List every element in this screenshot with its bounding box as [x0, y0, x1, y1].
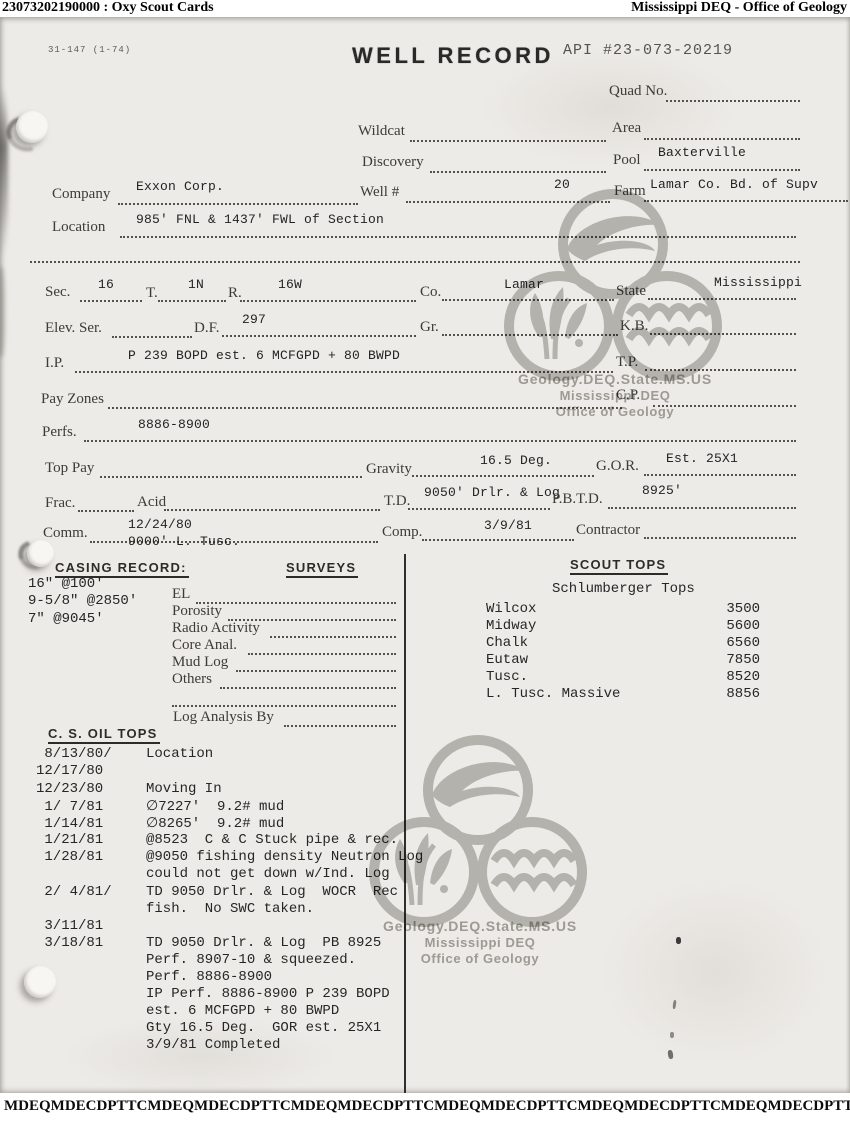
oil-tops-entry: est. 6 MCFGPD + 80 BWPD — [36, 1003, 339, 1019]
oil-tops-entry: 3/11/81 — [36, 918, 146, 934]
dotted-line — [100, 474, 362, 478]
scout-top-row: Chalk 6560 — [486, 635, 760, 651]
dotted-line — [236, 668, 396, 672]
location-value: 985' FNL & 1437' FWL of Section — [136, 212, 384, 227]
dotted-line — [422, 537, 574, 541]
frac-label: Frac. — [45, 495, 75, 512]
farm-label: Farm — [614, 183, 646, 200]
comm-date-value: 12/24/80 — [128, 517, 192, 532]
well-no-value: 20 — [554, 177, 570, 192]
range-value: 16W — [278, 277, 302, 292]
punch-hole — [24, 966, 56, 998]
dotted-line — [80, 298, 142, 302]
survey-item-label: Core Anal. — [172, 637, 237, 654]
dotted-line — [84, 438, 796, 442]
location-label: Location — [52, 219, 105, 236]
td-value: 9050' Drlr. & Log — [424, 485, 560, 500]
surveys-header: SURVEYS — [286, 560, 358, 578]
oil-tops-entry: 1/28/81@9050 fishing density Neutron Log — [36, 849, 423, 865]
sec-label: Sec. — [45, 284, 70, 301]
oil-tops-entry: 2/ 4/81/TD 9050 Drlr. & Log WOCR Rec — [36, 884, 398, 900]
scout-top-row: Tusc. 8520 — [486, 669, 760, 685]
scan-edge-smudge — [0, 267, 5, 357]
formation-name: Wilcox — [486, 601, 536, 617]
area-label: Area — [612, 120, 641, 137]
dotted-line — [645, 367, 796, 371]
watermark-url-text: Geology.DEQ.State.MS.US — [370, 918, 590, 934]
entry-text: Perf. 8907-10 & squeezed. — [146, 952, 356, 968]
formation-depth: 6560 — [726, 635, 760, 651]
scout-top-row: L. Tusc. Massive 8856 — [486, 686, 760, 702]
entry-date: 1/28/81 — [36, 849, 146, 865]
dotted-line — [164, 507, 380, 511]
footer-token: MDECD — [337, 1098, 394, 1115]
pbtd-value: 8925' — [642, 483, 682, 498]
api-number: API #23-073-20219 — [563, 42, 733, 59]
footer-token: MDEQ — [147, 1098, 194, 1115]
gravity-value: 16.5 Deg. — [480, 453, 552, 468]
entry-text: @9050 fishing density Neutron Log — [146, 849, 423, 865]
pay-zones-label: Pay Zones — [41, 391, 104, 408]
footer-token: MDEQ — [721, 1098, 768, 1115]
tp-label: T.P. — [616, 354, 638, 371]
dotted-line — [118, 201, 358, 205]
paper-stain — [600, 877, 830, 1067]
casing-row: 9-5/8" @2850' — [28, 593, 137, 609]
footer-token: MDEQ — [291, 1098, 338, 1115]
footer-bar: MDEQ MDECD PTTC MDEQ MDECD PTTC MDEQ MDE… — [4, 1098, 846, 1115]
dotted-line — [666, 98, 800, 102]
entry-text: TD 9050 Drlr. & Log WOCR Rec — [146, 884, 398, 900]
column-divider-line — [404, 554, 406, 1093]
township-label: T. — [146, 285, 158, 302]
oil-tops-entry: 1/ 7/81∅7227' 9.2# mud — [36, 798, 284, 815]
footer-token: PTTC — [681, 1098, 721, 1115]
formation-depth: 5600 — [726, 618, 760, 634]
entry-text: Perf. 8886-8900 — [146, 969, 272, 985]
dotted-line — [644, 136, 800, 140]
formation-name: L. Tusc. Massive — [486, 686, 620, 702]
survey-item-label: Log Analysis By — [173, 709, 274, 726]
oil-tops-entry: Perf. 8886-8900 — [36, 969, 272, 985]
deq-watermark-logo — [368, 733, 588, 939]
comp-label: Comp. — [382, 524, 422, 541]
formation-depth: 3500 — [726, 601, 760, 617]
dotted-line — [653, 403, 796, 407]
footer-token: MDECD — [624, 1098, 681, 1115]
oil-tops-entry: could not get down w/Ind. Log — [36, 866, 390, 882]
df-value: 297 — [242, 312, 266, 327]
dotted-line — [650, 331, 796, 335]
dotted-line — [644, 535, 796, 539]
casing-row: 16" @100' — [28, 576, 104, 592]
footer-token: PTTC — [394, 1098, 434, 1115]
quad-no-label: Quad No. — [609, 83, 667, 100]
dotted-line — [408, 506, 550, 510]
footer-token: PTTC — [824, 1098, 850, 1115]
dotted-line — [284, 723, 396, 727]
dotted-line — [78, 508, 134, 512]
entry-text: fish. No SWC taken. — [146, 901, 314, 917]
well-no-label: Well # — [360, 184, 399, 201]
ink-speck — [676, 937, 681, 944]
entry-text: could not get down w/Ind. Log — [146, 866, 390, 882]
gravity-label: Gravity — [366, 461, 412, 478]
gr-label: Gr. — [420, 319, 439, 336]
entry-text: Gty 16.5 Deg. GOR est. 25X1 — [146, 1020, 381, 1036]
entry-date: 1/14/81 — [36, 816, 146, 832]
watermark-office-text: Office of Geology — [370, 951, 590, 966]
dotted-line — [120, 234, 796, 238]
dotted-line — [442, 297, 614, 301]
comm-label: Comm. — [43, 525, 88, 542]
dotted-line — [240, 298, 416, 302]
oil-tops-entry: Gty 16.5 Deg. GOR est. 25X1 — [36, 1020, 381, 1036]
dotted-line — [30, 259, 800, 263]
footer-token: MDECD — [767, 1098, 824, 1115]
oil-tops-entry: IP Perf. 8886-8900 P 239 BOPD — [36, 986, 390, 1002]
td-label: T.D. — [384, 493, 410, 510]
dotted-line — [248, 651, 396, 655]
dotted-line — [430, 169, 606, 173]
dotted-line — [112, 334, 192, 338]
form-title: WELL RECORD — [352, 43, 554, 69]
dotted-line — [608, 505, 796, 509]
dotted-line — [410, 138, 606, 142]
entry-text: TD 9050 Drlr. & Log PB 8925 — [146, 935, 381, 951]
footer-token: PTTC — [537, 1098, 577, 1115]
oil-tops-entry: 1/21/81@8523 C & C Stuck pipe & rec. — [36, 832, 398, 848]
entry-text: est. 6 MCFGPD + 80 BWPD — [146, 1003, 339, 1019]
dotted-line — [644, 472, 796, 476]
entry-text: ∅8265' 9.2# mud — [146, 816, 284, 832]
ink-speck — [672, 1000, 676, 1009]
watermark-agency-text: Mississippi DEQ — [505, 388, 725, 403]
pool-label: Pool — [613, 152, 641, 169]
entry-date: 2/ 4/81/ — [36, 884, 146, 900]
oil-tops-entry: fish. No SWC taken. — [36, 901, 314, 917]
survey-item-label: Mud Log — [172, 654, 228, 671]
sec-value: 16 — [98, 277, 114, 292]
footer-token: MDEQ — [4, 1098, 51, 1115]
dotted-line — [158, 298, 226, 302]
dotted-line — [412, 473, 594, 477]
dotted-line — [196, 600, 396, 604]
formation-name: Tusc. — [486, 669, 528, 685]
entry-text: Moving In — [146, 781, 222, 797]
entry-date: 3/18/81 — [36, 935, 146, 951]
scan-edge-smudge — [0, 87, 8, 257]
contractor-label: Contractor — [576, 522, 640, 539]
watermark-agency-text: Mississippi DEQ — [370, 935, 590, 950]
scout-top-row: Eutaw 7850 — [486, 652, 760, 668]
oil-tops-entry: 3/9/81 Completed — [36, 1037, 280, 1053]
oil-tops-entry: 1/14/81∅8265' 9.2# mud — [36, 815, 284, 832]
perfs-label: Perfs. — [42, 424, 77, 441]
ink-speck — [667, 1050, 673, 1060]
formation-name: Chalk — [486, 635, 528, 651]
pool-value: Baxterville — [658, 145, 746, 160]
footer-token: MDECD — [194, 1098, 251, 1115]
acid-label: Acid — [137, 494, 166, 511]
footer-token: MDECD — [481, 1098, 538, 1115]
entry-date: 12/17/80 — [36, 763, 146, 779]
elev-ser-label: Elev. Ser. — [45, 320, 102, 337]
punch-hole — [16, 111, 48, 143]
agency-title-text: Mississippi DEQ - Office of Geology — [631, 0, 847, 16]
kb-label: K.B. — [620, 318, 648, 335]
scout-tops-header: SCOUT TOPS — [570, 557, 668, 575]
dotted-line — [222, 333, 416, 337]
oil-tops-entry: 3/18/81TD 9050 Drlr. & Log PB 8925 — [36, 935, 381, 951]
comm-note-value: 9000' L. Tusc. — [128, 534, 240, 549]
survey-item-label: EL — [172, 586, 190, 603]
pbtd-label: P.B.T.D. — [552, 491, 603, 508]
scanned-card: 31-147 (1-74) WELL RECORD API #23-073-20… — [0, 17, 850, 1093]
ink-speck — [670, 1032, 674, 1038]
casing-row: 7" @9045' — [28, 611, 104, 627]
df-label: D.F. — [194, 320, 219, 337]
ip-label: I.P. — [45, 355, 64, 372]
entry-text: ∅7227' 9.2# mud — [146, 799, 284, 815]
company-value: Exxon Corp. — [136, 179, 224, 194]
cp-label: C.P. — [616, 387, 640, 404]
dotted-line — [644, 167, 800, 171]
footer-token: PTTC — [107, 1098, 147, 1115]
top-pay-label: Top Pay — [45, 460, 94, 477]
dotted-line — [108, 405, 622, 409]
formation-name: Midway — [486, 618, 536, 634]
comp-date-value: 3/9/81 — [484, 518, 532, 533]
ip-value: P 239 BOPD est. 6 MCFGPD + 80 BWPD — [128, 348, 400, 363]
formation-depth: 8520 — [726, 669, 760, 685]
scout-top-row: Midway 5600 — [486, 618, 760, 634]
dotted-line — [220, 685, 396, 689]
footer-token: MDEQ — [434, 1098, 481, 1115]
oil-tops-entry: 12/17/80 — [36, 763, 146, 779]
wildcat-label: Wildcat — [358, 123, 405, 140]
gor-value: Est. 25X1 — [666, 451, 738, 466]
survey-item-label: Porosity — [172, 603, 222, 620]
footer-token: MDEQ — [577, 1098, 624, 1115]
dotted-line — [172, 703, 396, 707]
discovery-label: Discovery — [362, 154, 424, 171]
farm-value: Lamar Co. Bd. of Supv — [650, 177, 818, 192]
dotted-line — [442, 332, 618, 336]
oil-tops-entry: 8/13/80/Location — [36, 746, 213, 762]
dotted-line — [648, 296, 796, 300]
survey-item-label: Radio Activity — [172, 620, 260, 637]
entry-date: 8/13/80/ — [36, 746, 146, 762]
form-number: 31-147 (1-74) — [48, 45, 131, 55]
entry-date: 12/23/80 — [36, 781, 146, 797]
entry-text: @8523 C & C Stuck pipe & rec. — [146, 832, 398, 848]
oil-tops-entry: Perf. 8907-10 & squeezed. — [36, 952, 356, 968]
county-value: Lamar — [504, 277, 544, 292]
perfs-value: 8886-8900 — [138, 417, 210, 432]
entry-date: 1/ 7/81 — [36, 799, 146, 815]
footer-token: MDECD — [51, 1098, 108, 1115]
entry-text: Location — [146, 746, 213, 762]
document-id-text: 23073202190000 : Oxy Scout Cards — [2, 0, 214, 16]
dotted-line — [75, 369, 613, 373]
range-label: R. — [228, 285, 242, 302]
formation-depth: 7850 — [726, 652, 760, 668]
entry-text: IP Perf. 8886-8900 P 239 BOPD — [146, 986, 390, 1002]
state-label: State — [616, 283, 646, 300]
county-label: Co. — [420, 284, 441, 301]
oil-tops-header: C. S. OIL TOPS — [48, 726, 160, 744]
oil-tops-entry: 12/23/80Moving In — [36, 781, 222, 797]
entry-date: 1/21/81 — [36, 832, 146, 848]
dotted-line — [644, 198, 848, 202]
state-value: Mississippi — [714, 275, 802, 290]
scout-top-row: Wilcox 3500 — [486, 601, 760, 617]
gor-label: G.O.R. — [596, 458, 639, 475]
company-label: Company — [52, 186, 110, 203]
watermark-url-text: Geology.DEQ.State.MS.US — [505, 371, 725, 387]
footer-token: PTTC — [251, 1098, 291, 1115]
formation-depth: 8856 — [726, 686, 760, 702]
township-value: 1N — [188, 277, 204, 292]
dotted-line — [270, 634, 396, 638]
scout-tops-subtitle: Schlumberger Tops — [552, 581, 695, 597]
dotted-line — [406, 199, 610, 203]
punch-hole — [27, 540, 54, 567]
entry-text: 3/9/81 Completed — [146, 1037, 280, 1053]
formation-name: Eutaw — [486, 652, 528, 668]
survey-item-label: Others — [172, 671, 212, 688]
entry-date: 3/11/81 — [36, 918, 146, 934]
